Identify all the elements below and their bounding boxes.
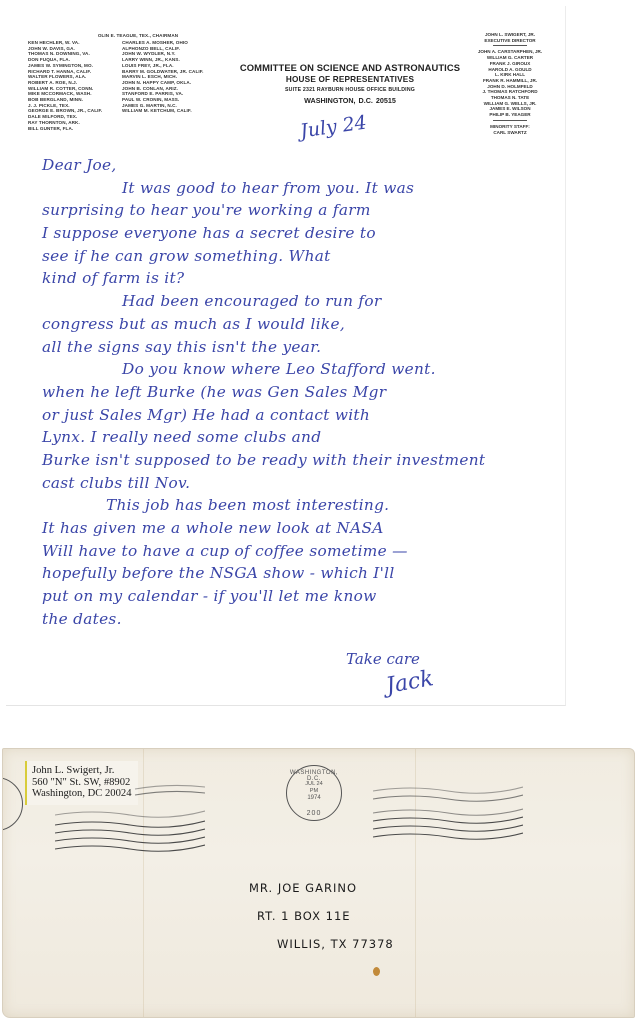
letter-page: OLIN E. TEAGUE, TEX., CHAIRMAN KEN HECHL… [6,6,566,706]
committee-member: BILL GUNTER, FLA. [28,126,114,132]
suite-address: SUITE 2321 RAYBURN HOUSE OFFICE BUILDING [232,87,468,93]
recipient-name: MR. JOE GARINO [249,881,394,895]
postmark-time: PM [287,788,341,794]
divider [493,120,527,121]
letter-line: congress but as much as I would like, [42,313,562,336]
letter-line: the dates. [42,608,562,631]
letter-line: when he left Burke (he was Gen Sales Mgr [42,381,562,404]
staff-member: PHILIP B. YEAGER [456,112,564,118]
letter-line: It was good to hear from you. It was [42,177,562,200]
letter-line: Dear Joe, [42,154,562,177]
letter-line: Do you know where Leo Stafford went. [42,358,562,381]
letterhead-title-block: COMMITTEE ON SCIENCE AND ASTRONAUTICS HO… [232,62,468,105]
letter-body: Dear Joe,It was good to hear from you. I… [42,154,562,630]
letter-line: This job has been most interesting. [42,494,562,517]
postmark-zip: 200 [287,810,341,817]
partial-postmark-left [2,777,23,831]
members-right-column: CHARLES A. MOSHER, OHIOALPHONZO BELL, CA… [122,40,204,131]
letterhead-staff: JOHN L. SWIGERT, JR. EXECUTIVE DIRECTOR … [456,32,564,135]
letter-line: hopefully before the NSGA show - which I… [42,562,562,585]
envelope: John L. Swigert, Jr. 560 "N" St. SW, #89… [2,748,635,1018]
letter-line: It has given me a whole new look at NASA [42,517,562,540]
recipient-street: RT. 1 BOX 11E [257,909,394,923]
letter-line: I suppose everyone has a secret desire t… [42,222,562,245]
letter-line: Burke isn't supposed to be ready with th… [42,449,562,472]
letter-line: Lynx. I really need some clubs and [42,426,562,449]
ink-stain [373,967,380,976]
letter-line: Had been encouraged to run for [42,290,562,313]
cancellation-wavy-lines-left [55,773,205,863]
postmark-year: 1974 [287,795,341,801]
letter-signature: Jack [384,666,435,699]
letter-line: Will have to have a cup of coffee someti… [42,540,562,563]
committee-name: COMMITTEE ON SCIENCE AND ASTRONAUTICS [232,62,468,73]
staff-list: JOHN A. CARSTARPHEN, JR.WILLIAM G. CARTE… [456,49,564,117]
letterhead-members: OLIN E. TEAGUE, TEX., CHAIRMAN KEN HECHL… [28,33,228,131]
letter-line: put on my calendar - if you'll let me kn… [42,585,562,608]
recipient-address: MR. JOE GARINO RT. 1 BOX 11E WILLIS, TX … [249,881,394,951]
letter-line: cast clubs till Nov. [42,472,562,495]
letter-closing: Take care [346,650,420,668]
city-address: WASHINGTON, D.C. 20515 [232,96,468,105]
divider [493,45,527,46]
letter-line: all the signs say this isn't the year. [42,336,562,359]
letter-line: or just Sales Mgr) He had a contact with [42,404,562,427]
executive-director-title: EXECUTIVE DIRECTOR [456,38,564,44]
chairman-line: OLIN E. TEAGUE, TEX., CHAIRMAN [28,33,228,38]
postmark-date: JUL 24 [287,781,341,787]
cancellation-wavy-lines-right [373,779,523,849]
recipient-city-zip: WILLIS, TX 77378 [277,937,394,951]
house-name: HOUSE OF REPRESENTATIVES [232,75,468,84]
letter-line: see if he can grow something. What [42,245,562,268]
minority-staff-name: CARL SWARTZ [456,130,564,136]
members-left-column: KEN HECHLER, W. VA.JOHN W. DAVIS, GA.THO… [28,40,114,131]
letter-line: surprising to hear you're working a farm [42,199,562,222]
committee-member: WILLIAM M. KETCHUM, CALIF. [122,108,204,114]
letter-line: kind of farm is it? [42,267,562,290]
postmark: WASHINGTON, D.C. JUL 24 PM 1974 200 [286,765,342,821]
letter-date: July 24 [299,111,368,142]
